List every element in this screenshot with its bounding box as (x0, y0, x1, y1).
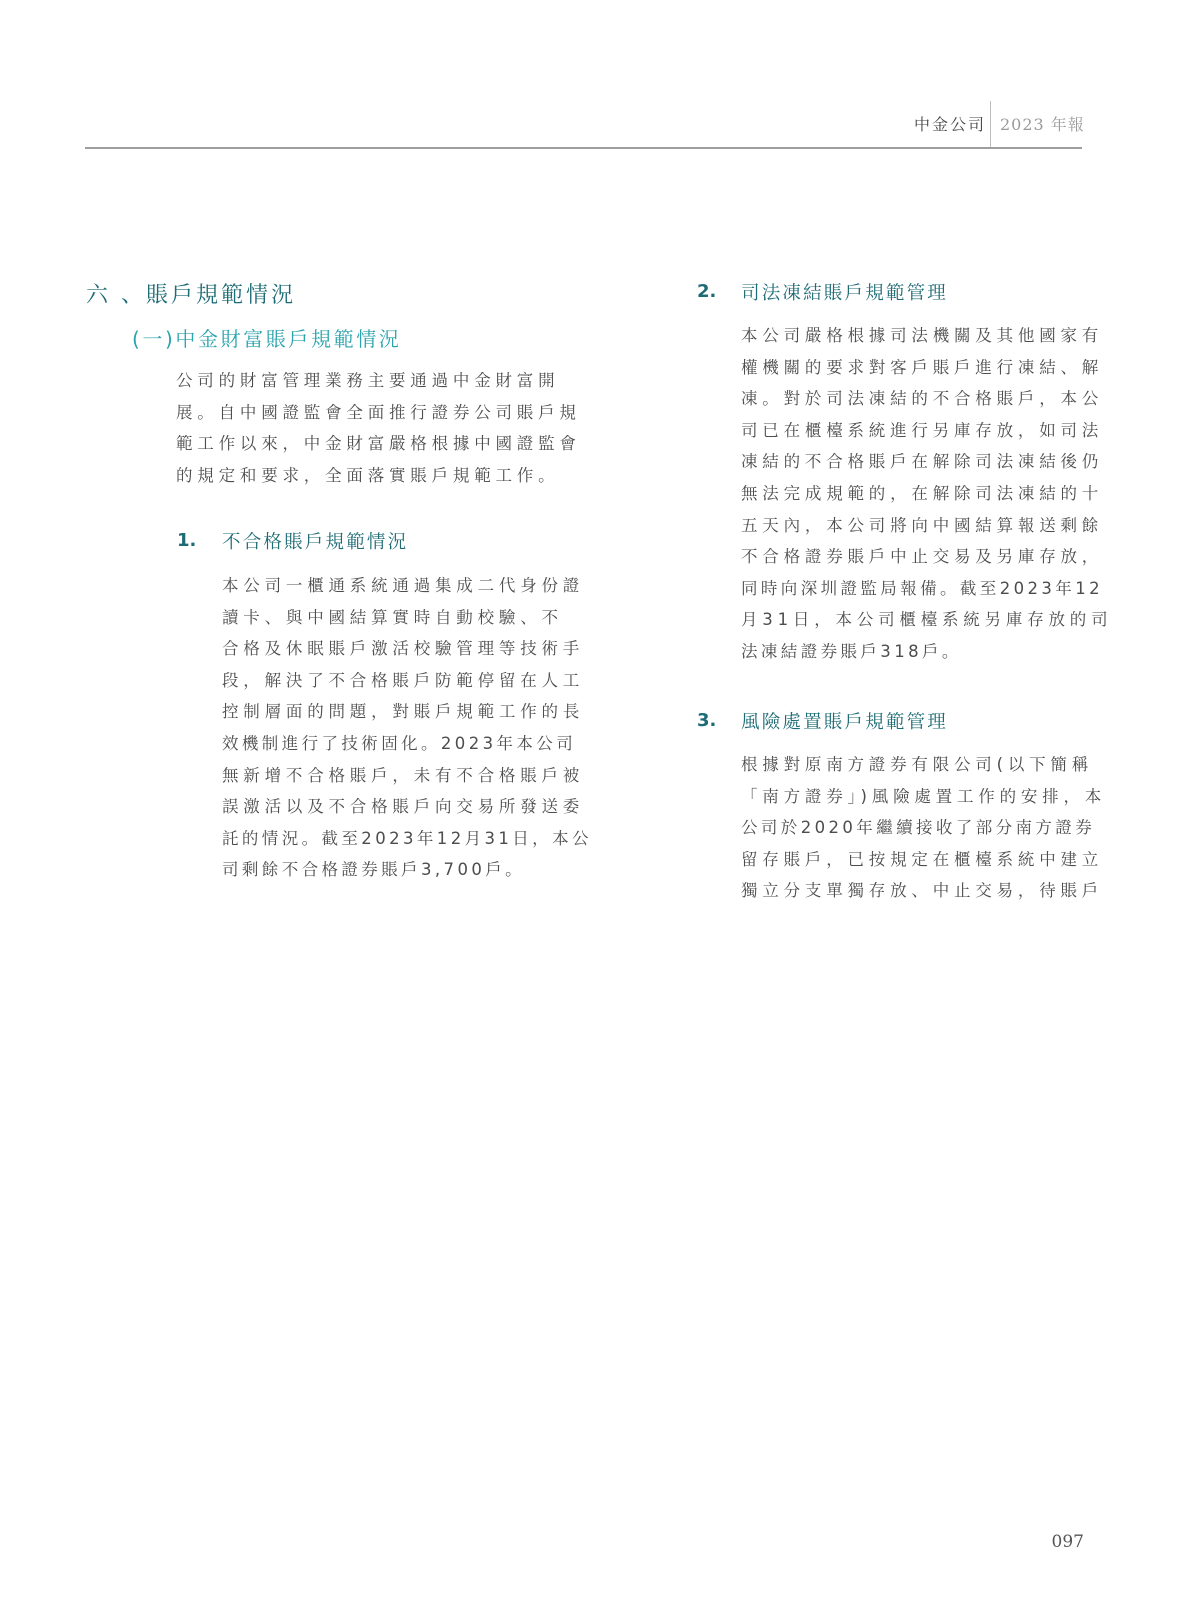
text-line: 託的情況。截至2023年12月31日，本公 (222, 823, 592, 855)
text-line: 司已在櫃檯系統進行另庫存放，如司法 (741, 415, 1112, 447)
text-line: 本公司一櫃通系統通過集成二代身份證 (222, 570, 592, 602)
text-line: 根據對原南方證券有限公司(以下簡稱 (741, 749, 1106, 781)
text-line: 效機制進行了技術固化。2023年本公司 (222, 728, 592, 760)
page-number: 097 (1052, 1532, 1084, 1552)
text-line: 法凍結證券賬戶318戶。 (741, 636, 1112, 668)
text-line: 凍。對於司法凍結的不合格賬戶，本公 (741, 383, 1112, 415)
text-line: 司剩餘不合格證券賬戶3,700戶。 (222, 854, 592, 886)
subsection-title: (一)中金財富賬戶規範情況 (132, 323, 401, 352)
text-line: 控制層面的問題，對賬戶規範工作的長 (222, 696, 592, 728)
text-line: 「南方證券」)風險處置工作的安排，本 (741, 781, 1106, 813)
item-number: 3. (697, 710, 716, 731)
intro-paragraph: 公司的財富管理業務主要通過中金財富開 展。自中國證監會全面推行證券公司賬戶規 範… (176, 365, 581, 491)
header-rule (85, 147, 1082, 149)
item-number: 1. (177, 530, 196, 551)
text-line: 無新增不合格賬戶，未有不合格賬戶被 (222, 760, 592, 792)
item-number: 2. (697, 281, 716, 302)
text-line: 留存賬戶，已按規定在櫃檯系統中建立 (741, 844, 1106, 876)
item-title: 風險處置賬戶規範管理 (741, 708, 948, 734)
header-brand: 中金公司 (914, 112, 986, 135)
text-line: 同時向深圳證監局報備。截至2023年12 (741, 573, 1112, 605)
section-title: 六 、賬戶規範情況 (86, 278, 296, 309)
text-line: 公司的財富管理業務主要通過中金財富開 (176, 365, 581, 397)
item-title: 司法凍結賬戶規範管理 (741, 279, 948, 305)
text-line: 段，解決了不合格賬戶防範停留在人工 (222, 665, 592, 697)
text-line: 獨立分支單獨存放、中止交易，待賬戶 (741, 875, 1106, 907)
header-divider (990, 101, 991, 147)
item-paragraph: 本公司嚴格根據司法機關及其他國家有 權機關的要求對客戶賬戶進行凍結、解 凍。對於… (741, 320, 1112, 668)
text-line: 範工作以來，中金財富嚴格根據中國證監會 (176, 428, 581, 460)
item-paragraph: 根據對原南方證券有限公司(以下簡稱 「南方證券」)風險處置工作的安排，本 公司於… (741, 749, 1106, 907)
text-line: 無法完成規範的，在解除司法凍結的十 (741, 478, 1112, 510)
text-line: 凍結的不合格賬戶在解除司法凍結後仍 (741, 446, 1112, 478)
text-line: 月31日，本公司櫃檯系統另庫存放的司 (741, 604, 1112, 636)
text-line: 公司於2020年繼續接收了部分南方證券 (741, 812, 1106, 844)
text-line: 權機關的要求對客戶賬戶進行凍結、解 (741, 352, 1112, 384)
text-line: 不合格證券賬戶中止交易及另庫存放， (741, 541, 1112, 573)
text-line: 本公司嚴格根據司法機關及其他國家有 (741, 320, 1112, 352)
text-line: 展。自中國證監會全面推行證券公司賬戶規 (176, 397, 581, 429)
item-title: 不合格賬戶規範情況 (222, 528, 408, 554)
header-year-label: 2023 年報 (1000, 112, 1085, 135)
text-line: 的規定和要求，全面落實賬戶規範工作。 (176, 460, 581, 492)
text-line: 讀卡、與中國結算實時自動校驗、不 (222, 602, 592, 634)
text-line: 誤激活以及不合格賬戶向交易所發送委 (222, 791, 592, 823)
item-paragraph: 本公司一櫃通系統通過集成二代身份證 讀卡、與中國結算實時自動校驗、不 合格及休眠… (222, 570, 592, 886)
text-line: 合格及休眠賬戶激活校驗管理等技術手 (222, 633, 592, 665)
text-line: 五天內，本公司將向中國結算報送剩餘 (741, 510, 1112, 542)
